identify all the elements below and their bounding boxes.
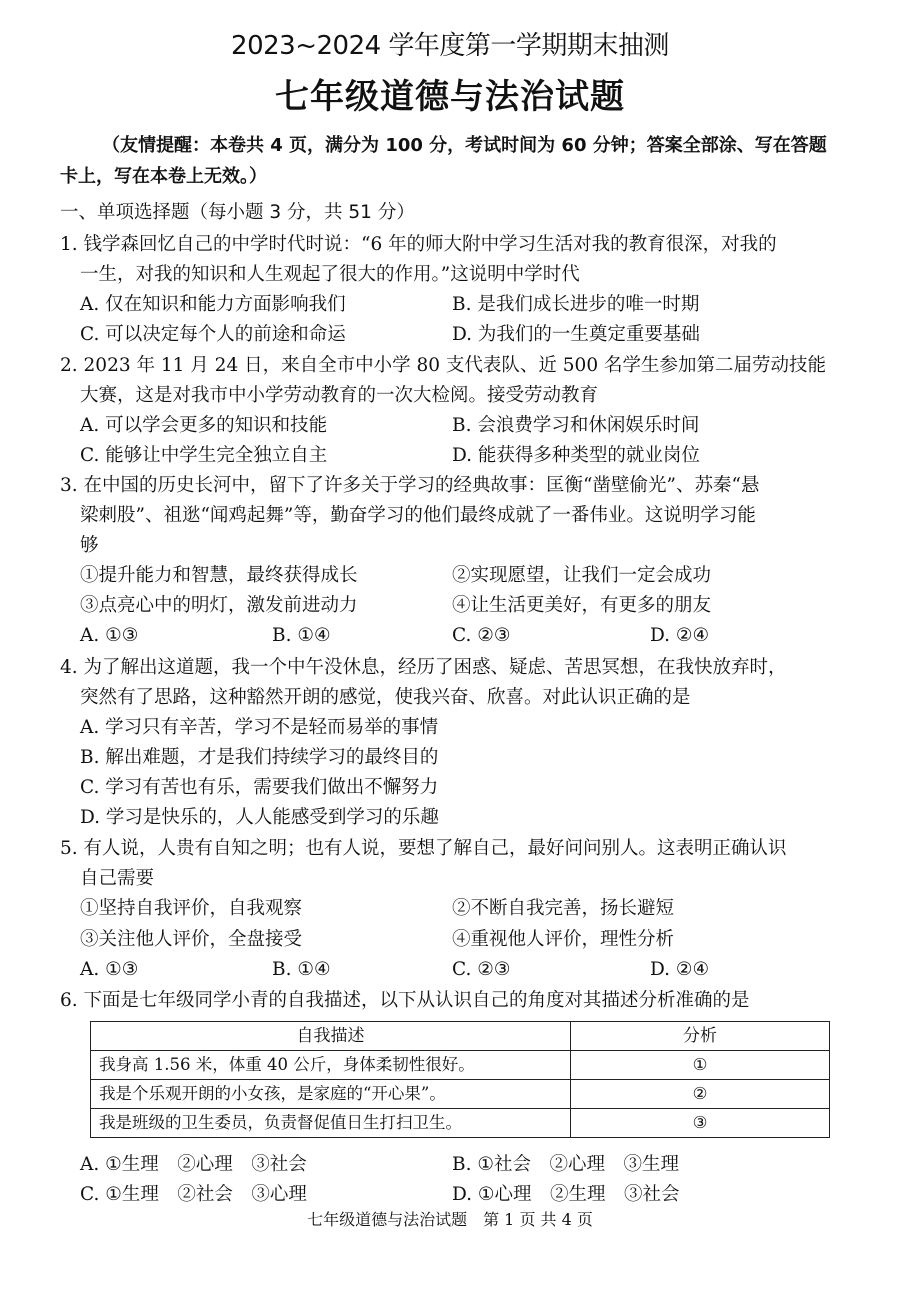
question-4-option-c: C. 学习有苦也有乐，需要我们做出不懈努力: [80, 773, 438, 803]
question-3-statement-3: ③点亮心中的明灯，激发前进动力: [80, 591, 358, 621]
question-2-option-b: B. 会浪费学习和休闲娱乐时间: [452, 411, 699, 441]
section-title: 一、单项选择题（每小题 3 分，共 51 分）: [60, 198, 415, 228]
exam-subtitle: 七年级道德与法治试题: [0, 74, 900, 120]
question-4-stem-cont: 突然有了思路，这种豁然开朗的感觉，使我兴奋、欣喜。对此认识正确的是: [80, 683, 691, 713]
question-5-option-d: D. ②④: [650, 955, 709, 985]
question-4-stem: 4. 为了解出这道题，我一个中午没休息，经历了困惑、疑虑、苦思冥想，在我快放弃时…: [60, 653, 787, 683]
question-5-statement-1: ①坚持自我评价，自我观察: [80, 894, 302, 924]
question-5-statement-4: ④重视他人评价，理性分析: [452, 925, 674, 955]
table-cell-analysis: ③: [571, 1109, 830, 1138]
question-2-stem-cont: 大赛，这是对我市中小学劳动教育的一次大检阅。接受劳动教育: [80, 381, 598, 411]
exam-title: 2023~2024 学年度第一学期期末抽测: [0, 28, 900, 64]
question-5-statement-2: ②不断自我完善，扬长避短: [452, 894, 674, 924]
question-1-option-a: A. 仅在知识和能力方面影响我们: [80, 290, 346, 320]
question-3-statement-4: ④让生活更美好，有更多的朋友: [452, 591, 711, 621]
table-cell-analysis: ②: [571, 1080, 830, 1109]
question-1-option-c: C. 可以决定每个人的前途和命运: [80, 320, 346, 350]
question-3-option-b: B. ①④: [272, 621, 331, 651]
table-cell-description: 我身高 1.56 米，体重 40 公斤，身体柔韧性很好。: [91, 1051, 571, 1080]
question-5-stem-cont: 自己需要: [80, 864, 154, 894]
self-description-table: 自我描述 分析 我身高 1.56 米，体重 40 公斤，身体柔韧性很好。 ① 我…: [90, 1021, 830, 1138]
table-cell-description: 我是班级的卫生委员，负责督促值日生打扫卫生。: [91, 1109, 571, 1138]
table-header-analysis: 分析: [571, 1022, 830, 1051]
question-2-option-a: A. 可以学会更多的知识和技能: [80, 411, 327, 441]
question-5-option-a: A. ①③: [80, 955, 138, 985]
question-6-stem: 6. 下面是七年级同学小青的自我描述，以下从认识自己的角度对其描述分析准确的是: [60, 986, 750, 1016]
question-2-stem: 2. 2023 年 11 月 24 日，来自全市中小学 80 支代表队、近 50…: [60, 351, 826, 381]
question-3-option-a: A. ①③: [80, 621, 138, 651]
question-6-option-b: B. ①社会 ②心理 ③生理: [452, 1150, 679, 1180]
question-2-option-c: C. 能够让中学生完全独立自主: [80, 441, 327, 471]
question-3-stem: 3. 在中国的历史长河中，留下了许多关于学习的经典故事：匡衡“凿壁偷光”、苏秦“…: [60, 471, 759, 501]
question-5-option-c: C. ②③: [452, 955, 510, 985]
question-6-option-c: C. ①生理 ②社会 ③心理: [80, 1180, 307, 1210]
exam-page: 2023~2024 学年度第一学期期末抽测 七年级道德与法治试题 （友情提醒：本…: [0, 0, 900, 1293]
question-5-stem: 5. 有人说，人贵有自知之明；也有人说，要想了解自己，最好问问别人。这表明正确认…: [60, 834, 787, 864]
question-6-option-a: A. ①生理 ②心理 ③社会: [80, 1150, 307, 1180]
table-header-description: 自我描述: [91, 1022, 571, 1051]
exam-notice: （友情提醒：本卷共 4 页，满分为 100 分，考试时间为 60 分钟；答案全部…: [60, 130, 840, 192]
question-1-option-d: D. 为我们的一生奠定重要基础: [452, 320, 700, 350]
page-footer: 七年级道德与法治试题 第 1 页 共 4 页: [0, 1208, 900, 1232]
question-3-stem-cont-2: 够: [80, 531, 99, 561]
question-5-statement-3: ③关注他人评价，全盘接受: [80, 925, 302, 955]
question-3-statement-1: ①提升能力和智慧，最终获得成长: [80, 561, 358, 591]
table-header-row: 自我描述 分析: [91, 1022, 830, 1051]
question-4-option-b: B. 解出难题，才是我们持续学习的最终目的: [80, 743, 438, 773]
question-1-stem: 1. 钱学森回忆自己的中学时代时说：“6 年的师大附中学习生活对我的教育很深，对…: [60, 230, 777, 260]
question-3-option-d: D. ②④: [650, 621, 709, 651]
question-5-option-b: B. ①④: [272, 955, 331, 985]
table-cell-analysis: ①: [571, 1051, 830, 1080]
question-3-statement-2: ②实现愿望，让我们一定会成功: [452, 561, 711, 591]
table-row: 我身高 1.56 米，体重 40 公斤，身体柔韧性很好。 ①: [91, 1051, 830, 1080]
table-row: 我是个乐观开朗的小女孩，是家庭的“开心果”。 ②: [91, 1080, 830, 1109]
table-cell-description: 我是个乐观开朗的小女孩，是家庭的“开心果”。: [91, 1080, 571, 1109]
question-3-stem-cont: 梁刺股”、祖逖“闻鸡起舞”等，勤奋学习的他们最终成就了一番伟业。这说明学习能: [80, 501, 756, 531]
question-6-option-d: D. ①心理 ②生理 ③社会: [452, 1180, 680, 1210]
table-row: 我是班级的卫生委员，负责督促值日生打扫卫生。 ③: [91, 1109, 830, 1138]
question-4-option-a: A. 学习只有辛苦，学习不是轻而易举的事情: [80, 713, 438, 743]
question-3-option-c: C. ②③: [452, 621, 510, 651]
question-1-option-b: B. 是我们成长进步的唯一时期: [452, 290, 699, 320]
question-2-option-d: D. 能获得多种类型的就业岗位: [452, 441, 700, 471]
question-4-option-d: D. 学习是快乐的，人人能感受到学习的乐趣: [80, 803, 439, 833]
question-1-stem-cont: 一生，对我的知识和人生观起了很大的作用。”这说明中学时代: [80, 260, 580, 290]
